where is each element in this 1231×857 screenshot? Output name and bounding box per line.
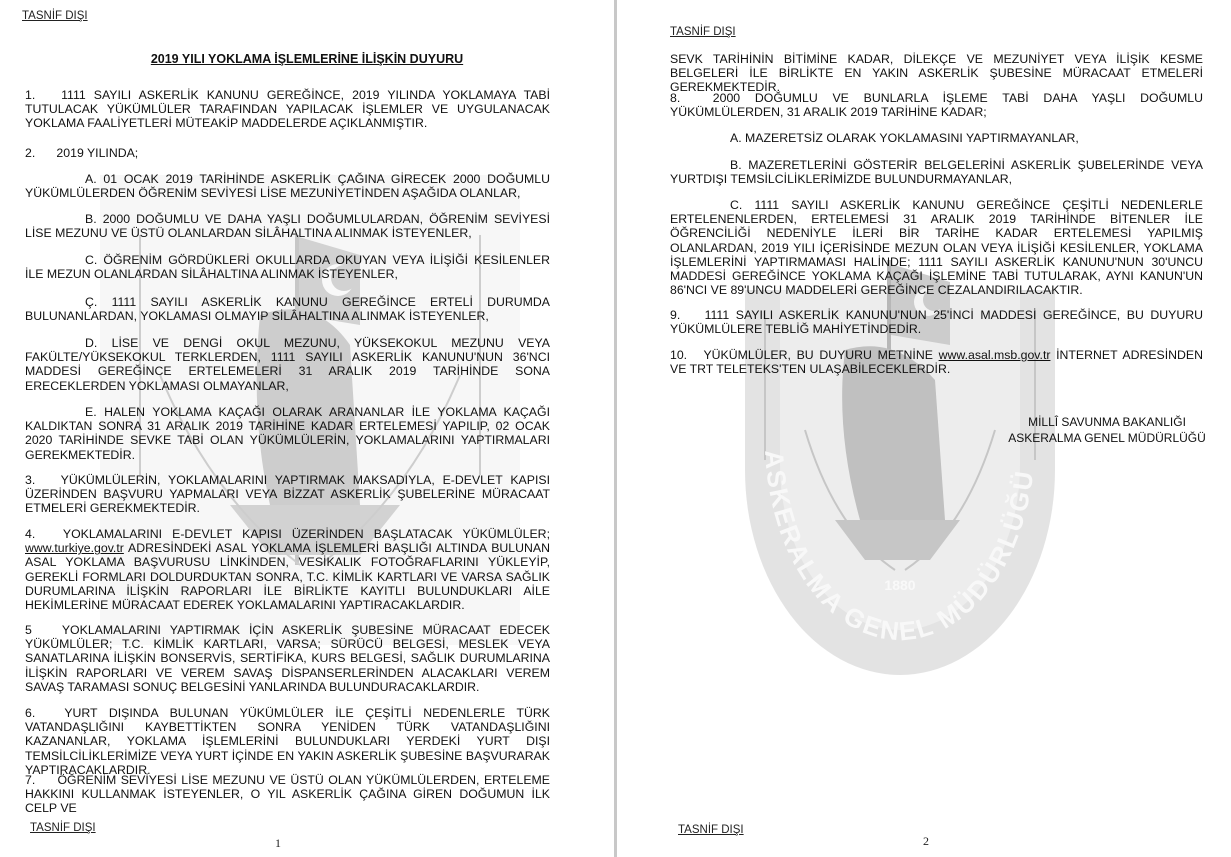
paragraph-number: 6. — [25, 706, 53, 720]
paragraph-number: 1. — [25, 88, 53, 102]
subparagraph-2a: A. 01 OCAK 2019 TARİHİNDE ASKERLİK ÇAĞIN… — [25, 172, 550, 200]
subparagraph-2e: E. HALEN YOKLAMA KAÇAĞI OLARAK ARANANLAR… — [25, 405, 550, 462]
classification-header: TASNİF DIŞI — [22, 10, 88, 22]
paragraph-number: 7. — [25, 773, 53, 787]
paragraph-9: 9. 1111 SAYILI ASKERLİK KANUNU'NUN 25'İN… — [670, 308, 1203, 336]
paragraph-7-continued: SEVK TARİHİNİN BİTİMİNE KADAR, DİLEKÇE V… — [670, 52, 1203, 95]
paragraph-text: 01 OCAK 2019 TARİHİNDE ASKERLİK ÇAĞINA G… — [25, 172, 550, 200]
paragraph-5: 5 YOKLAMALARINI YAPTIRMAK İÇİN ASKERLİK … — [25, 623, 550, 694]
document-page-2: 1880 ASKERALMA GENEL MÜDÜRLÜĞÜ TASNİF DI… — [617, 0, 1231, 857]
paragraph-1: 1. 1111 SAYILI ASKERLİK KANUNU GEREĞİNCE… — [25, 88, 550, 131]
paragraph-8: 8. 2000 DOĞUMLU VE BUNLARLA İŞLEME TABİ … — [670, 91, 1203, 119]
subparagraph-2b: B. 2000 DOĞUMLU VE DAHA YAŞLI DOĞUMLULAR… — [25, 212, 550, 240]
page-number: 2 — [923, 834, 929, 849]
paragraph-text: ÖĞRENİM GÖRDÜKLERİ OKULLARDA OKUYAN VEYA… — [25, 253, 550, 281]
signature-block: MİLLÎ SAVUNMA BAKANLIĞI ASKERALMA GENEL … — [1007, 414, 1207, 446]
paragraph-number: 2. — [25, 146, 53, 160]
paragraph-text: YÜKÜMLÜLERİN, YOKLAMALARINI YAPTIRMAK MA… — [25, 473, 550, 515]
subparagraph-8a: A. MAZERETSİZ OLARAK YOKLAMASINI YAPTIRM… — [670, 131, 1203, 145]
paragraph-10: 10. YÜKÜMLÜLER, BU DUYURU METNİNE www.as… — [670, 348, 1203, 376]
paragraph-text: MAZERETLERİNİ GÖSTERİR BELGELERİNİ ASKER… — [670, 158, 1203, 186]
subparagraph-8b: B. MAZERETLERİNİ GÖSTERİR BELGELERİNİ AS… — [670, 158, 1203, 186]
paragraph-text: YOKLAMALARINI E-DEVLET KAPISI ÜZERİNDEN … — [63, 527, 550, 541]
paragraph-text: 1111 SAYILI ASKERLİK KANUNU GEREĞİNCE ÇE… — [670, 198, 1203, 297]
paragraph-6: 6. YURT DIŞINDA BULUNAN YÜKÜMLÜLER İLE Ç… — [25, 706, 550, 777]
paragraph-text: 2000 DOĞUMLU VE DAHA YAŞLI DOĞUMLULARDAN… — [25, 212, 550, 240]
paragraph-text: HALEN YOKLAMA KAÇAĞI OLARAK ARANANLAR İL… — [25, 405, 550, 462]
paragraph-text: YURT DIŞINDA BULUNAN YÜKÜMLÜLER İLE ÇEŞİ… — [25, 706, 550, 777]
subparagraph-2c: C. ÖĞRENİM GÖRDÜKLERİ OKULLARDA OKUYAN V… — [25, 253, 550, 281]
paragraph-text: 1111 SAYILI ASKERLİK KANUNU GEREĞİNCE ER… — [25, 295, 550, 323]
signature-ministry: MİLLÎ SAVUNMA BAKANLIĞI — [1007, 414, 1207, 430]
turkiye-gov-link[interactable]: www.turkiye.gov.tr — [25, 541, 124, 555]
classification-header: TASNİF DIŞI — [670, 26, 736, 38]
paragraph-number: B. — [700, 158, 742, 172]
paragraph-number: 8. — [670, 91, 698, 105]
document-page-1: TASNİF DIŞI 2019 YILI YOKLAMA İŞLEMLERİN… — [0, 0, 614, 857]
paragraph-3: 3. YÜKÜMLÜLERİN, YOKLAMALARINI YAPTIRMAK… — [25, 473, 550, 516]
paragraph-number: C. — [55, 253, 97, 267]
paragraph-text: ÖĞRENİM SEVİYESİ LİSE MEZUNU VE ÜSTÜ OLA… — [25, 773, 550, 815]
paragraph-4: 4. YOKLAMALARINI E-DEVLET KAPISI ÜZERİND… — [25, 527, 550, 612]
document-title: 2019 YILI YOKLAMA İŞLEMLERİNE İLİŞKİN DU… — [0, 52, 614, 66]
paragraph-text: 2019 YILINDA; — [56, 146, 138, 160]
paragraph-text: SEVK TARİHİNİN BİTİMİNE KADAR, DİLEKÇE V… — [670, 52, 1203, 94]
paragraph-text: MAZERETSİZ OLARAK YOKLAMASINI YAPTIRMAYA… — [745, 131, 1079, 145]
paragraph-text: LİSE VE DENGİ OKUL MEZUNU, YÜKSEKOKUL ME… — [25, 336, 550, 393]
classification-footer: TASNİF DIŞI — [678, 824, 744, 836]
asal-msb-link[interactable]: www.asal.msb.gov.tr — [939, 348, 1051, 362]
paragraph-text: 2000 DOĞUMLU VE BUNLARLA İŞLEME TABİ DAH… — [670, 91, 1203, 119]
paragraph-text: 1111 SAYILI ASKERLİK KANUNU GEREĞİNCE, 2… — [25, 88, 550, 130]
paragraph-number: A. — [700, 131, 742, 145]
classification-footer: TASNİF DIŞI — [30, 822, 96, 834]
paragraph-2: 2. 2019 YILINDA; — [25, 146, 550, 160]
paragraph-7: 7. ÖĞRENİM SEVİYESİ LİSE MEZUNU VE ÜSTÜ … — [25, 773, 550, 816]
subparagraph-8c: C. 1111 SAYILI ASKERLİK KANUNU GEREĞİNCE… — [670, 198, 1203, 297]
paragraph-number: C. — [700, 198, 742, 212]
paragraph-number: 10. — [670, 348, 698, 362]
subparagraph-2d: D. LİSE VE DENGİ OKUL MEZUNU, YÜKSEKOKUL… — [25, 336, 550, 393]
signature-directorate: ASKERALMA GENEL MÜDÜRLÜĞÜ — [1007, 430, 1207, 446]
paragraph-number: 5 — [25, 623, 53, 637]
paragraph-number: 3. — [25, 473, 53, 487]
page-number: 1 — [275, 836, 281, 851]
paragraph-text: YOKLAMALARINI YAPTIRMAK İÇİN ASKERLİK ŞU… — [25, 623, 550, 694]
paragraph-number: 4. — [25, 527, 53, 541]
paragraph-number: B. — [55, 212, 97, 226]
paragraph-number: E. — [55, 405, 97, 419]
paragraph-text: 1111 SAYILI ASKERLİK KANUNU'NUN 25'İNCİ … — [670, 308, 1203, 336]
paragraph-number: Ç. — [55, 295, 97, 309]
paragraph-number: A. — [55, 172, 97, 186]
subparagraph-2c-cedilla: Ç. 1111 SAYILI ASKERLİK KANUNU GEREĞİNCE… — [25, 295, 550, 323]
paragraph-number: D. — [55, 336, 97, 350]
paragraph-number: 9. — [670, 308, 698, 322]
paragraph-text: YÜKÜMLÜLER, BU DUYURU METNİNE — [703, 348, 932, 362]
